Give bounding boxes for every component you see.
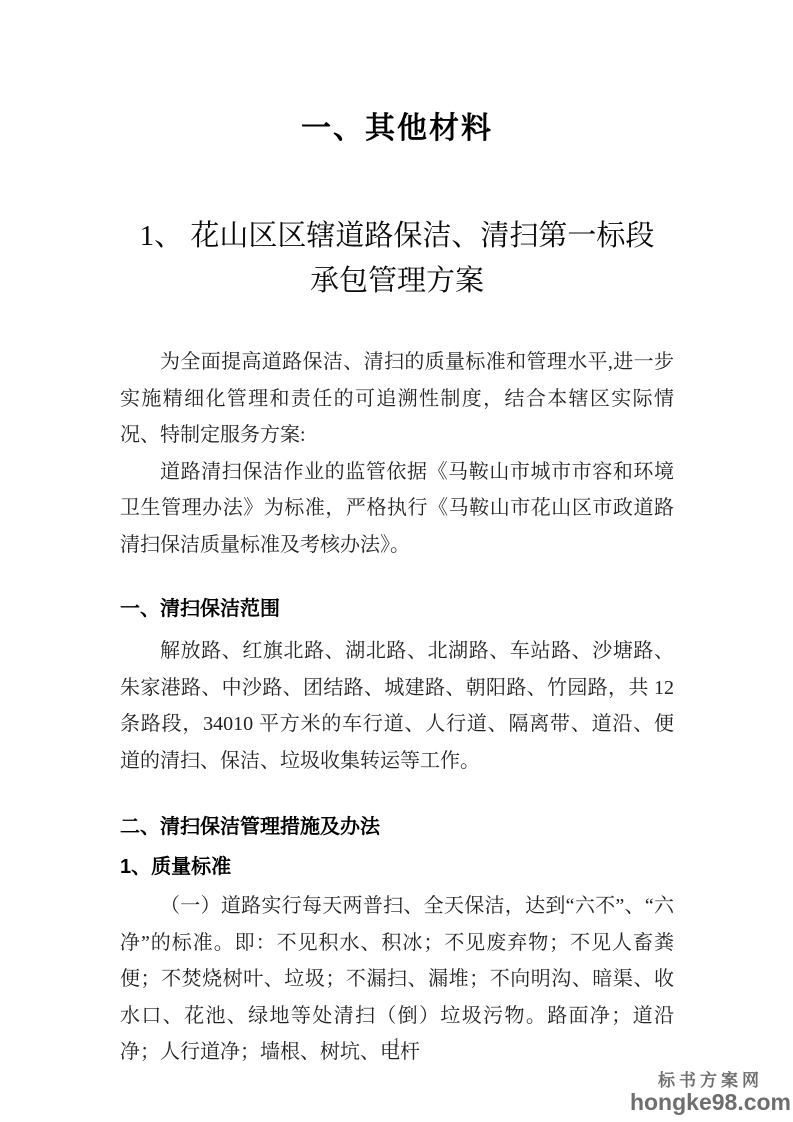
subsection-heading-quality-standard: 1、质量标准 — [120, 855, 674, 879]
document-title: 一、其他材料 — [120, 106, 674, 152]
watermark-site-name: 标书方案网 — [630, 1072, 791, 1090]
watermark-site-url: hongke98.com — [630, 1090, 791, 1114]
section-heading-cleaning-scope: 一、清扫保洁范围 — [120, 597, 674, 621]
document-content: 一、其他材料 1、 花山区区辖道路保洁、清扫第一标段 承包管理方案 为全面提高道… — [120, 0, 674, 1071]
section-heading-management-measures: 二、清扫保洁管理措施及办法 — [120, 815, 674, 839]
page-number: 1 — [0, 1036, 793, 1052]
main-heading-line-2: 承包管理方案 — [120, 259, 674, 304]
document-page: 一、其他材料 1、 花山区区辖道路保洁、清扫第一标段 承包管理方案 为全面提高道… — [0, 0, 793, 1122]
section-main-heading: 1、 花山区区辖道路保洁、清扫第一标段 承包管理方案 — [120, 214, 674, 304]
main-heading-line-1: 1、 花山区区辖道路保洁、清扫第一标段 — [120, 214, 674, 259]
cleaning-scope-paragraph: 解放路、红旗北路、湖北路、北湖路、车站路、沙塘路、朱家港路、中沙路、团结路、城建… — [120, 633, 674, 779]
intro-paragraphs: 为全面提高道路保洁、清扫的质量标准和管理水平,进一步实施精细化管理和责任的可追溯… — [120, 344, 674, 563]
site-watermark: 标书方案网 hongke98.com — [630, 1072, 791, 1114]
intro-paragraph-2: 道路清扫保洁作业的监管依据《马鞍山市城市市容和环境卫生管理办法》为标准，严格执行… — [120, 454, 674, 564]
intro-paragraph-1: 为全面提高道路保洁、清扫的质量标准和管理水平,进一步实施精细化管理和责任的可追溯… — [120, 344, 674, 454]
